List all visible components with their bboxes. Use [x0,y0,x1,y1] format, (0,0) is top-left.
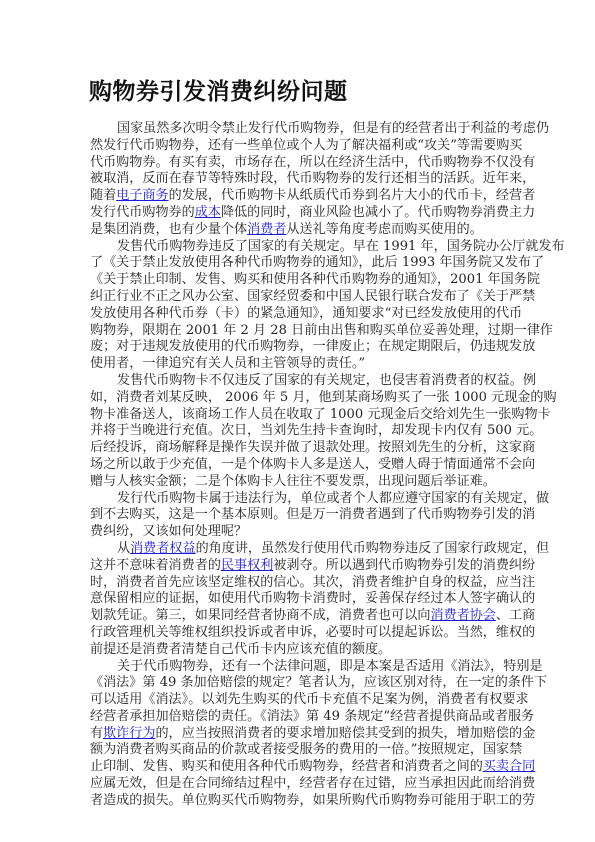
text-run: 应属无效，但是在合同缔结过程中，经营者存在过错，应当承担因此而给消费 [90,776,535,791]
text-line: 时，消费者首先应该坚定维权的信心。其次，消费者维护自身的权益，应当注 [90,575,500,592]
text-line: 这并不意味着消费者的民事权利被剥夺。所以遇到代币购物券引发的消费纠纷 [90,558,500,575]
inline-link[interactable]: 消费者权益 [130,541,195,556]
document-title: 购物券引发消费纠纷问题 [89,73,348,106]
text-run: 这并不意味着消费者的 [90,558,221,573]
text-run: 场之所以敢于少充值，一是个体购卡人多是送人，受赠人碍于情面通常不会向 [90,457,535,472]
inline-link[interactable]: 买卖合同 [483,759,535,774]
text-run: 《消法》第 49 条加倍赔偿的规定？笔者认为，应该区别对待，在一定的条件下 [90,675,547,690]
text-line: 购物券，限期在 2001 年 2 月 28 日前由出售和购买单位妥善处理，过期一… [90,323,500,340]
inline-link[interactable]: 民事权利 [221,558,273,573]
text-line: 废；对于违规发放使用的代币购物券，一律废止；在规定期限后，仍违规发放 [90,339,500,356]
text-run: 的发展，代币购物卡从纸质代币券到名片大小的代币卡，经营者 [169,188,536,203]
text-run: 纠正行业不正之风办公室、国家经贸委和中国人民银行联合发布了《关于严禁 [90,289,535,304]
text-run: 废；对于违规发放使用的代币购物券，一律废止；在规定期限后，仍违规发放 [90,339,535,354]
text-run: 并将于当晚进行充值。次日，当刘先生持卡查询时，却发现卡内仅有 500 元。 [90,423,542,438]
text-run: 行政管理机关等维权组织投诉或者申诉，必要时可以提起诉讼。当然，维权的 [90,625,535,640]
text-run: 购物券，限期在 2001 年 2 月 28 日前由出售和购买单位妥善处理，过期一… [90,323,553,338]
text-run: 国家虽然多次明令禁止发行代币购物券，但是有的经营者出于利益的考虑仍 [117,121,549,136]
text-run: 赠与人核实金额；二是个体购卡人往往不要发票，出现问题后举证难。 [90,474,496,489]
inline-link[interactable]: 消费者协会 [430,608,495,623]
text-run: 如，消费者刘某反映， 2006 年 5 月，他到某商场购买了一张 1000 元现… [90,390,557,405]
text-run: 可以适用《消法》。以刘先生购买的代币卡充值不足案为例，消费者有权要求 [90,692,529,707]
text-run: 止印制、发售、购买和使用各种代币购物券，经营者和消费者之间的 [90,759,483,774]
text-run: 从 [117,541,130,556]
text-line: 前提还是消费者清楚自己代币卡内应该充值的额度。 [90,642,500,659]
text-run: 前提还是消费者清楚自己代币卡内应该充值的额度。 [90,642,391,657]
text-line: 使用者，一律追究有关人员和主管领导的责任。” [90,356,500,373]
inline-link[interactable]: 成本 [195,205,221,220]
paragraph-first-line: 发售代币购物卡不仅违反了国家的有关规定，也侵害着消费者的权益。例 [90,373,500,390]
text-line: 赠与人核实金额；二是个体购卡人往往不要发票，出现问题后举证难。 [90,474,500,491]
text-run: 随着 [90,188,116,203]
text-run: 《关于禁止印制、发售、购买和使用各种代币购物券的通知》，2001 年国务院 [90,272,540,287]
text-line: 发放使用各种代币券（卡）的紧急通知》，通知要求“对已经发放使用的代币 [90,306,500,323]
text-line: 应属无效，但是在合同缔结过程中，经营者存在过错，应当承担因此而给消费 [90,776,500,793]
text-run: 降低的同时，商业风险也减小了。代币购物券消费主力 [221,205,535,220]
text-line: 随着电子商务的发展，代币购物卡从纸质代币券到名片大小的代币卡，经营者 [90,188,500,205]
text-run: 发售代币购物券违反了国家的有关规定。早在 1991 年，国务院办公厅就发布 [117,239,565,254]
text-line: 行政管理机关等维权组织投诉或者申诉，必要时可以提起诉讼。当然，维权的 [90,625,500,642]
document-body: 国家虽然多次明令禁止发行代币购物券，但是有的经营者出于利益的考虑仍然发行代币购物… [90,121,500,810]
text-line: 了《关于禁止发放使用各种代币购物券的通知》，此后 1993 年国务院又发布了 [90,255,500,272]
text-line: 《消法》第 49 条加倍赔偿的规定？笔者认为，应该区别对待，在一定的条件下 [90,675,500,692]
text-line: 经营者承担加倍赔偿的责任。《消法》第 49 条规定“经营者提供商品或者服务 [90,709,500,726]
document-page: 购物券引发消费纠纷问题 国家虽然多次明令禁止发行代币购物券，但是有的经营者出于利… [0,0,595,842]
text-line: 如，消费者刘某反映， 2006 年 5 月，他到某商场购买了一张 1000 元现… [90,390,500,407]
text-run: 额为消费者购买商品的价款或者接受服务的费用的一倍。”按照规定，国家禁 [90,742,522,757]
text-run: 、工商 [496,608,535,623]
text-line: 并将于当晚进行充值。次日，当刘先生持卡查询时，却发现卡内仅有 500 元。 [90,423,500,440]
inline-link[interactable]: 欺诈行为 [103,726,155,741]
text-run: 代币购物券。有买有卖，市场存在，所以在经济生活中，代币购物券不仅没有 [90,155,535,170]
text-run: 有 [90,726,103,741]
text-line: 《关于禁止印制、发售、购买和使用各种代币购物券的通知》，2001 年国务院 [90,272,500,289]
text-run: 被剥夺。所以遇到代币购物券引发的消费纠纷 [273,558,535,573]
inline-link[interactable]: 电子商务 [116,188,168,203]
text-line: 划款凭证。第三，如果同经营者协商不成，消费者也可以向消费者协会、工商 [90,608,500,625]
paragraph-first-line: 国家虽然多次明令禁止发行代币购物券，但是有的经营者出于利益的考虑仍 [90,121,500,138]
text-run: 者造成的损失。单位购买代币购物券，如果所购代币购物券可能用于职工的劳 [90,793,535,808]
text-line: 后经投诉，商场解释是操作失误并做了退款处理。按照刘先生的分析，这家商 [90,440,500,457]
text-run: 发行代币购物卡属于违法行为，单位或者个人都应遵守国家的有关规定，做 [117,491,549,506]
text-run: 发行代币购物券的 [90,205,195,220]
text-line: 代币购物券。有买有卖，市场存在，所以在经济生活中，代币购物券不仅没有 [90,155,500,172]
text-line: 发行代币购物券的成本降低的同时，商业风险也减小了。代币购物券消费主力 [90,205,500,222]
text-run: 后经投诉，商场解释是操作失误并做了退款处理。按照刘先生的分析，这家商 [90,440,535,455]
text-line: 者造成的损失。单位购买代币购物券，如果所购代币购物券可能用于职工的劳 [90,793,500,810]
text-line: 被取消，反而在春节等特殊时段，代币购物券的发行还相当的活跃。近年来， [90,171,500,188]
text-run: 的，应当按照消费者的要求增加赔偿其受到的损失，增加赔偿的金 [155,726,535,741]
text-run: 发售代币购物卡不仅违反了国家的有关规定，也侵害着消费者的权益。例 [117,373,536,388]
text-run: 关于代币购物券，还有一个法律问题，即是本案是否适用《消法》，特别是 [117,659,543,674]
text-run: 然发行代币购物券，还有一些单位或个人为了解决福利或“攻关”等需要购买 [90,138,522,153]
text-run: 时，消费者首先应该坚定维权的信心。其次，消费者维护自身的权益，应当注 [90,575,535,590]
paragraph-first-line: 发售代币购物券违反了国家的有关规定。早在 1991 年，国务院办公厅就发布 [90,239,500,256]
paragraph-first-line: 发行代币购物卡属于违法行为，单位或者个人都应遵守国家的有关规定，做 [90,491,500,508]
text-line: 额为消费者购买商品的价款或者接受服务的费用的一倍。”按照规定，国家禁 [90,742,500,759]
text-run: 发放使用各种代币券（卡）的紧急通知》，通知要求“对已经发放使用的代币 [90,306,522,321]
text-run: 意保留相应的证据，如使用代币购物卡消费时，妥善保存经过本人签字确认的 [90,591,535,606]
text-line: 是集团消费，也有少量个体消费者从送礼等角度考虑而购买使用的。 [90,222,500,239]
paragraph-first-line: 关于代币购物券，还有一个法律问题，即是本案是否适用《消法》，特别是 [90,659,500,676]
text-line: 物卡准备送人，该商场工作人员在收取了 1000 元现金后交给刘先生一张购物卡 [90,407,500,424]
text-run: 费纠纷，又该如何处理呢？ [90,524,247,539]
text-run: 经营者承担加倍赔偿的责任。《消法》第 49 条规定“经营者提供商品或者服务 [90,709,534,724]
text-line: 费纠纷，又该如何处理呢？ [90,524,500,541]
text-line: 可以适用《消法》。以刘先生购买的代币卡充值不足案为例，消费者有权要求 [90,692,500,709]
inline-link[interactable]: 消费者 [247,222,286,237]
text-run: 使用者，一律追究有关人员和主管领导的责任。” [90,356,365,371]
text-line: 然发行代币购物券，还有一些单位或个人为了解决福利或“攻关”等需要购买 [90,138,500,155]
text-line: 有欺诈行为的，应当按照消费者的要求增加赔偿其受到的损失，增加赔偿的金 [90,726,500,743]
text-run: 的角度讲，虽然发行使用代币购物券违反了国家行政规定，但 [196,541,550,556]
text-line: 纠正行业不正之风办公室、国家经贸委和中国人民银行联合发布了《关于严禁 [90,289,500,306]
text-run: 到不去购买，这是一个基本原则。但是万一消费者遇到了代币购物券引发的消 [90,507,535,522]
paragraph-first-line: 从消费者权益的角度讲，虽然发行使用代币购物券违反了国家行政规定，但 [90,541,500,558]
text-run: 是集团消费，也有少量个体 [90,222,247,237]
text-run: 划款凭证。第三，如果同经营者协商不成，消费者也可以向 [90,608,430,623]
text-line: 意保留相应的证据，如使用代币购物卡消费时，妥善保存经过本人签字确认的 [90,591,500,608]
text-run: 物卡准备送人，该商场工作人员在收取了 1000 元现金后交给刘先生一张购物卡 [90,407,551,422]
text-run: 从送礼等角度考虑而购买使用的。 [286,222,482,237]
text-run: 被取消，反而在春节等特殊时段，代币购物券的发行还相当的活跃。近年来， [90,171,535,186]
text-run: 了《关于禁止发放使用各种代币购物券的通知》，此后 1993 年国务院又发布了 [90,255,544,270]
text-line: 到不去购买，这是一个基本原则。但是万一消费者遇到了代币购物券引发的消 [90,507,500,524]
text-line: 场之所以敢于少充值，一是个体购卡人多是送人，受赠人碍于情面通常不会向 [90,457,500,474]
text-line: 止印制、发售、购买和使用各种代币购物券，经营者和消费者之间的买卖合同 [90,759,500,776]
